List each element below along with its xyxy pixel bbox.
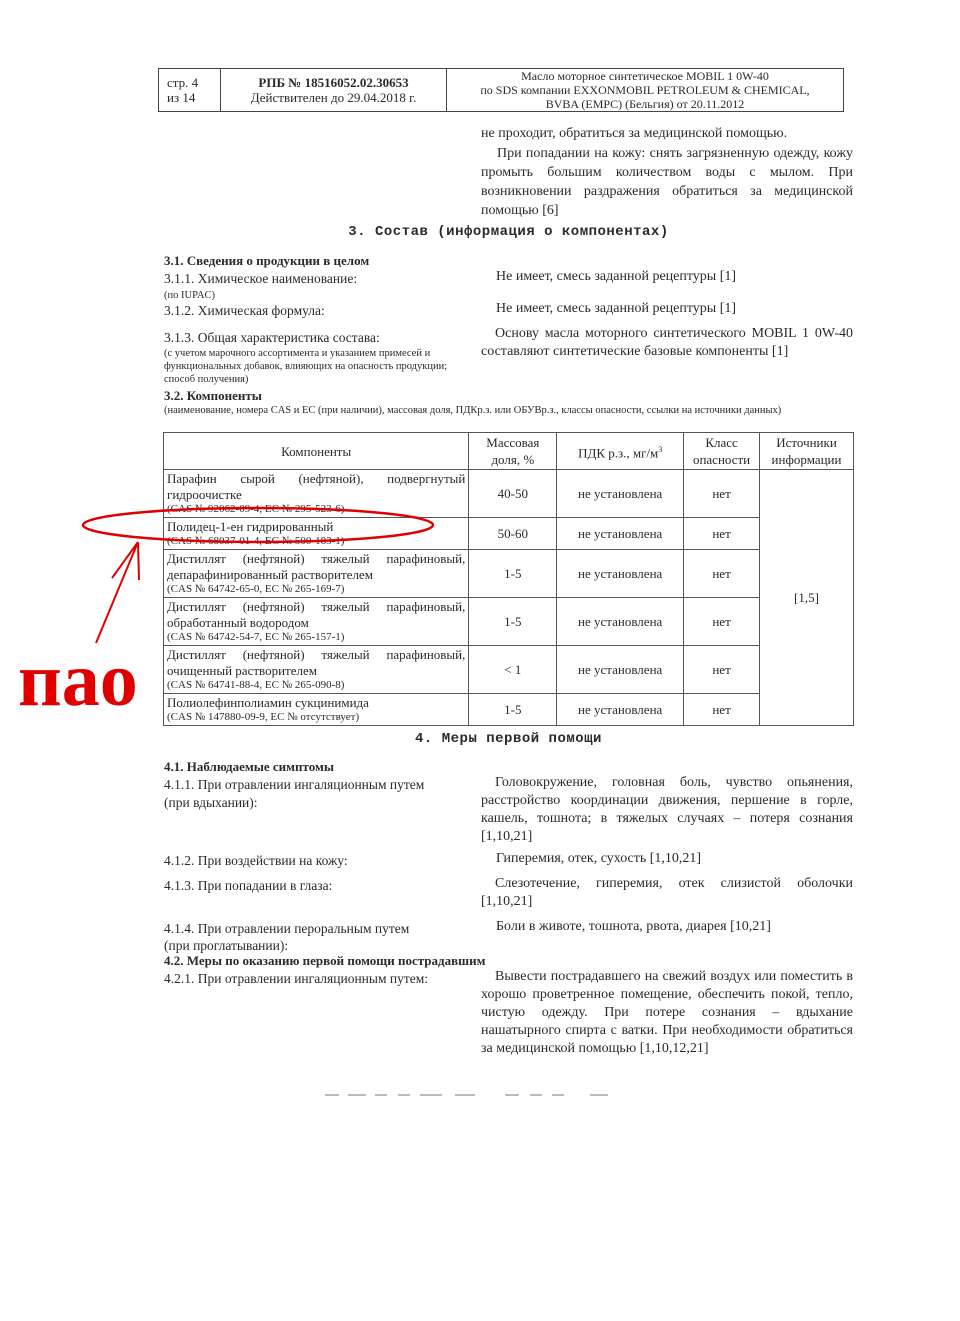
pdk-cell: не установлена	[557, 694, 684, 726]
item-4-1-1-value: Головокружение, головная боль, чувство о…	[481, 774, 853, 846]
section-4-1-heading: 4.1. Наблюдаемые симптомы	[164, 759, 334, 775]
hazard-class-cell: нет	[684, 470, 760, 518]
hazard-class-cell: нет	[684, 550, 760, 598]
item-3-1-2-label: 3.1.2. Химическая формула:	[164, 302, 325, 319]
item-4-1-4-label: 4.1.4. При отравлении пероральным путем	[164, 920, 409, 937]
col-sources: Источники информации	[760, 433, 854, 470]
intro-skin-paragraph: При попадании на кожу: снять загрязненну…	[481, 144, 853, 220]
hazard-class-cell: нет	[684, 518, 760, 550]
sources-cell: [1,5]	[760, 470, 854, 726]
pdk-cell: не установлена	[557, 646, 684, 694]
section-3-1-heading: 3.1. Сведения о продукции в целом	[164, 253, 369, 269]
product-line-3: BVBA (EMPC) (Бельгия) от 20.11.2012	[546, 97, 745, 111]
valid-until: Действителен до 29.04.2018 г.	[251, 90, 416, 105]
item-4-1-1-label: 4.1.1. При отравлении ингаляционным путе…	[164, 776, 424, 793]
item-4-1-2-value: Гиперемия, отек, сухость [1,10,21]	[496, 850, 701, 868]
mass-fraction-cell: 40-50	[469, 470, 557, 518]
item-4-1-4-label2: (при проглатывании):	[164, 937, 288, 954]
hazard-class-cell: нет	[684, 646, 760, 694]
product-line-1: Масло моторное синтетическое MOBIL 1 0W-…	[521, 69, 769, 83]
handwritten-note: пао	[18, 642, 138, 718]
pdk-cell: не установлена	[557, 518, 684, 550]
page-number-cell: стр. 4 из 14	[159, 69, 221, 111]
item-3-1-2-value: Не имеет, смесь заданной рецептуры [1]	[496, 300, 736, 318]
item-3-1-3-note: (с учетом марочного ассортимента и указа…	[164, 347, 460, 386]
section-4-2-heading: 4.2. Меры по оказанию первой помощи пост…	[164, 953, 485, 969]
doc-number: РПБ № 18516052.02.30653	[258, 75, 408, 90]
intro-line: не проходит, обратиться за медицинской п…	[481, 124, 853, 143]
table-header-row: Компоненты Массовая доля, % ПДК р.з., мг…	[164, 433, 854, 470]
highlight-ellipse	[83, 508, 433, 542]
item-3-1-3-value: Основу масла моторного синтетического MO…	[481, 325, 853, 361]
component-name: Парафин сырой (нефтяной), подвергнутый г…	[167, 471, 465, 502]
item-4-1-3-value: Слезотечение, гиперемия, отек слизистой …	[481, 875, 853, 911]
item-4-1-2-label: 4.1.2. При воздействии на кожу:	[164, 852, 348, 869]
item-4-2-1-value: Вывести пострадавшего на свежий воздух и…	[481, 968, 853, 1058]
section-3-title: 3. Состав (информация о компонентах)	[163, 224, 854, 240]
item-4-1-1-label2: (при вдыхании):	[164, 794, 258, 811]
section-4-title: 4. Меры первой помощи	[163, 731, 854, 747]
product-line-2: по SDS компании EXXONMOBIL PETROLEUM & C…	[480, 83, 809, 97]
item-4-2-1-label: 4.2.1. При отравлении ингаляционным путе…	[164, 970, 428, 987]
item-4-1-3-label: 4.1.3. При попадании в глаза:	[164, 877, 332, 894]
item-3-1-1-value: Не имеет, смесь заданной рецептуры [1]	[496, 268, 736, 286]
item-3-1-1-label: 3.1.1. Химическое наименование:	[164, 270, 357, 287]
arrow-icon	[96, 542, 139, 643]
document-header: стр. 4 из 14 РПБ № 18516052.02.30653 Дей…	[158, 68, 844, 112]
hazard-class-cell: нет	[684, 694, 760, 726]
col-mass-fraction: Массовая доля, %	[469, 433, 557, 470]
page-label: стр. 4	[167, 75, 220, 90]
mass-fraction-cell: 50-60	[469, 518, 557, 550]
item-3-1-1-note: (по IUPAC)	[164, 289, 215, 302]
item-3-1-3-label: 3.1.3. Общая характеристика состава:	[164, 329, 380, 346]
col-hazard-class: Класс опасности	[684, 433, 760, 470]
pdk-cell: не установлена	[557, 598, 684, 646]
product-cell: Масло моторное синтетическое MOBIL 1 0W-…	[447, 69, 843, 111]
pdk-cell: не установлена	[557, 470, 684, 518]
page-total: из 14	[167, 90, 220, 105]
pdk-cell: не установлена	[557, 550, 684, 598]
col-pdk: ПДК р.з., мг/м3	[557, 433, 684, 470]
item-4-1-4-value: Боли в животе, тошнота, рвота, диарея [1…	[496, 918, 771, 936]
mass-fraction-cell: 1-5	[469, 598, 557, 646]
section-3-2-note: (наименование, номера CAS и ЕС (при нали…	[164, 404, 854, 417]
mass-fraction-cell: 1-5	[469, 694, 557, 726]
mass-fraction-cell: 1-5	[469, 550, 557, 598]
section-3-2-heading: 3.2. Компоненты	[164, 388, 262, 404]
mass-fraction-cell: < 1	[469, 646, 557, 694]
hazard-class-cell: нет	[684, 598, 760, 646]
col-components: Компоненты	[164, 433, 469, 470]
doc-number-cell: РПБ № 18516052.02.30653 Действителен до …	[221, 69, 447, 111]
